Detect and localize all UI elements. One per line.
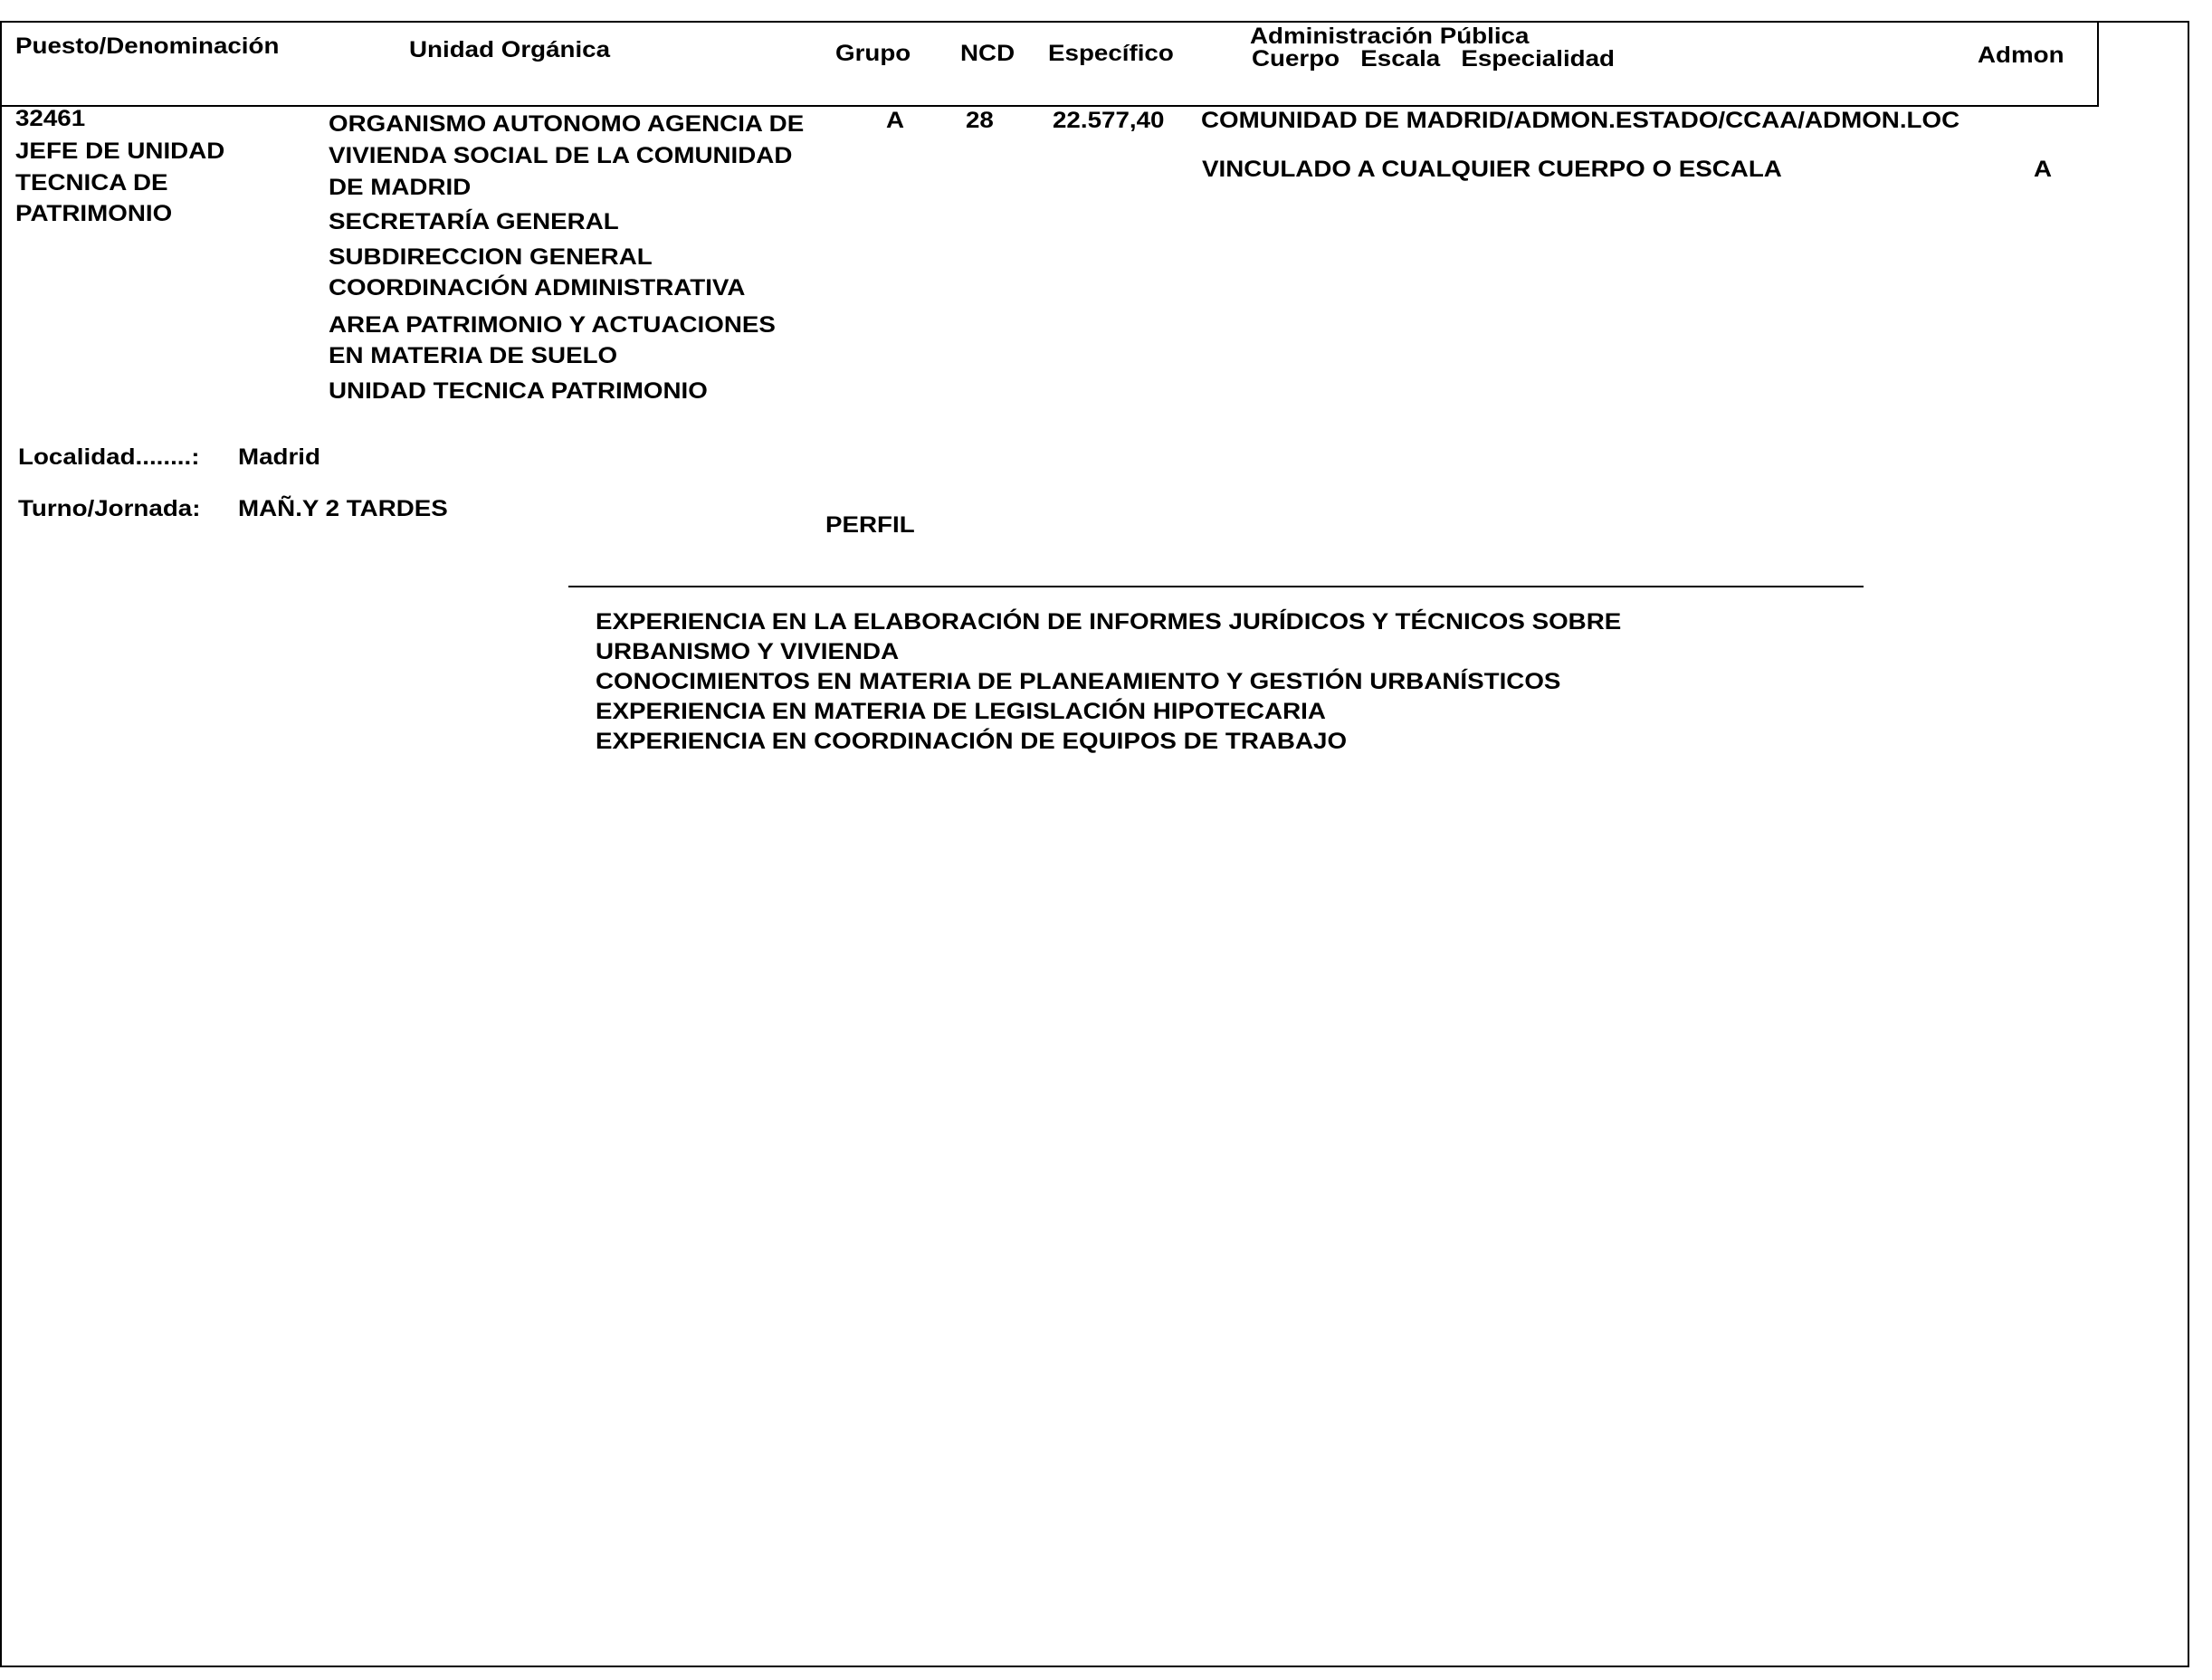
header-especifico: Específico	[1048, 43, 1174, 65]
header-cuerpo-escala-especialidad: Cuerpo Escala Especialidad	[1252, 48, 1615, 71]
denominacion-line: TECNICA DE	[15, 172, 168, 195]
perfil-title: PERFIL	[825, 514, 915, 537]
turno-value: MAÑ.Y 2 TARDES	[238, 498, 448, 520]
ncd-value: 28	[966, 110, 994, 132]
header-puesto-denominacion: Puesto/Denominación	[15, 35, 279, 58]
unidad-organica-line: AREA PATRIMONIO Y ACTUACIONES	[329, 314, 776, 337]
header-administracion-publica: Administración Pública	[1250, 25, 1529, 48]
perfil-line: URBANISMO Y VIVIENDA	[596, 641, 899, 663]
unidad-organica-line: SUBDIRECCION GENERAL	[329, 246, 653, 269]
unidad-organica-line: UNIDAD TECNICA PATRIMONIO	[329, 380, 708, 403]
header-ncd: NCD	[960, 43, 1015, 65]
localidad-label: Localidad........:	[18, 446, 199, 469]
turno-label: Turno/Jornada:	[18, 498, 200, 520]
perfil-line: EXPERIENCIA EN COORDINACIÓN DE EQUIPOS D…	[596, 730, 1347, 753]
denominacion-line: JEFE DE UNIDAD	[15, 140, 224, 163]
denominacion-line: PATRIMONIO	[15, 203, 172, 225]
admon-value: A	[2034, 158, 2052, 181]
header-admon: Admon	[1978, 44, 2064, 67]
unidad-organica-line: ORGANISMO AUTONOMO AGENCIA DE	[329, 113, 804, 136]
especifico-value: 22.577,40	[1053, 110, 1164, 132]
unidad-organica-line: VIVIENDA SOCIAL DE LA COMUNIDAD	[329, 145, 792, 167]
grupo-value: A	[886, 110, 904, 132]
perfil-line: CONOCIMIENTOS EN MATERIA DE PLANEAMIENTO…	[596, 671, 1560, 693]
localidad-value: Madrid	[238, 446, 320, 469]
administracion-publica-value: COMUNIDAD DE MADRID/ADMON.ESTADO/CCAA/AD…	[1201, 110, 1959, 132]
puesto-codigo: 32461	[15, 108, 85, 130]
header-unidad-organica: Unidad Orgánica	[409, 39, 610, 62]
perfil-divider	[568, 586, 1864, 587]
unidad-organica-line: EN MATERIA DE SUELO	[329, 345, 617, 367]
unidad-organica-line: DE MADRID	[329, 177, 471, 199]
perfil-line: EXPERIENCIA EN LA ELABORACIÓN DE INFORME…	[596, 611, 1621, 634]
unidad-organica-line: SECRETARÍA GENERAL	[329, 211, 619, 234]
header-grupo: Grupo	[835, 43, 911, 65]
unidad-organica-line: COORDINACIÓN ADMINISTRATIVA	[329, 277, 745, 300]
cuerpo-escala-value: VINCULADO A CUALQUIER CUERPO O ESCALA	[1202, 158, 1782, 181]
perfil-line: EXPERIENCIA EN MATERIA DE LEGISLACIÓN HI…	[596, 701, 1326, 723]
